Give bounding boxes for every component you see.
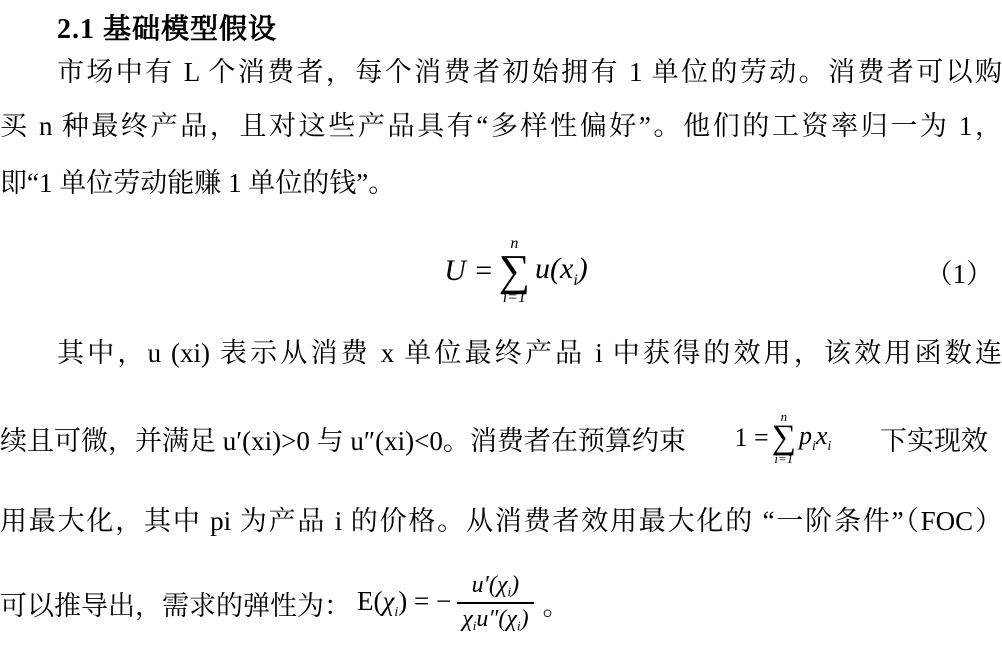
fraction: u′(χi) χiu″(χi) [457,572,533,634]
denominator-chi: χ [462,606,473,632]
quantity-term: x [816,421,828,450]
para2-line2-prefix: 续且可微，并满足 u′(xi)>0 与 u″(xi)<0。消费者在预算约束 [0,419,686,458]
denominator-expr: u″(χ [476,606,517,632]
para2-line2-suffix: 下实现效 [880,419,988,458]
equation-number: （1） [926,230,994,312]
summation-symbol: n ∑ i=1 [499,235,530,306]
elasticity-lhs: E(χi) = − [357,586,451,621]
para2-line4-suffix: 。 [543,584,570,623]
numerator-close: ) [511,572,519,598]
sigma-icon: ∑ [772,424,796,452]
para2-line3: 用最大化，其中 pi 为产品 i 的价格。从消费者效用最大化的 “一阶条件”（F… [0,504,1002,538]
elasticity-formula: E(χi) = − u′(χi) χiu″(χi) [357,572,537,634]
para1-line3: 即“1 单位劳动能赚 1 单位的钱”。 [0,166,1002,200]
equation-lhs: U = [444,254,493,288]
budget-sum-lower: i=1 [774,452,793,466]
budget-lhs: 1 = [735,423,769,453]
numerator-expr: u′(χ [472,572,508,598]
para2-line4-prefix: 可以推导出，需求的弹性为： [0,584,351,623]
fraction-numerator: u′(χi) [467,572,524,602]
display-equation-row: U = n ∑ i=1 u(xi) （1） [0,230,1002,312]
E-open: E( [357,586,382,616]
equation-term: u(xi) [535,252,588,290]
fraction-denominator: χiu″(χi) [457,602,533,634]
price-term: p [799,421,812,450]
quantity-subscript: i [827,439,831,454]
chi-symbol: χ [382,586,394,616]
budget-constraint-formula: 1 = n ∑ i=1 pixi [735,410,832,466]
summation-lower-limit: i=1 [503,289,526,307]
para1-line2: 买 n 种最终产品，且对这些产品具有“多样性偏好”。他们的工资率归一为 1， [0,109,1002,143]
para2-line2: 续且可微，并满足 u′(xi)>0 与 u″(xi)<0。消费者在预算约束 1 … [0,398,1002,478]
denominator-close: ) [521,606,529,632]
term-close: ) [578,252,588,285]
budget-terms: pixi [799,421,831,455]
sigma-icon: ∑ [499,253,530,289]
budget-summation: n ∑ i=1 [772,410,796,466]
document-page: 2.1 基础模型假设 市场中有 L 个消费者，每个消费者初始拥有 1 单位的劳动… [0,0,1002,651]
equals-minus: ) = − [398,586,451,616]
para1-line1: 市场中有 L 个消费者，每个消费者初始拥有 1 单位的劳动。消费者可以购 [0,55,1002,89]
para2-line4: 可以推导出，需求的弹性为： E(χi) = − u′(χi) χiu″(χi) … [0,558,1002,648]
utility-equation: U = n ∑ i=1 u(xi) [444,235,588,306]
term-base: u(x [535,252,573,285]
para2-line1: 其中，u (xi) 表示从消费 x 单位最终产品 i 中获得的效用，该效用函数连 [0,336,1002,370]
section-heading: 2.1 基础模型假设 [57,7,277,47]
